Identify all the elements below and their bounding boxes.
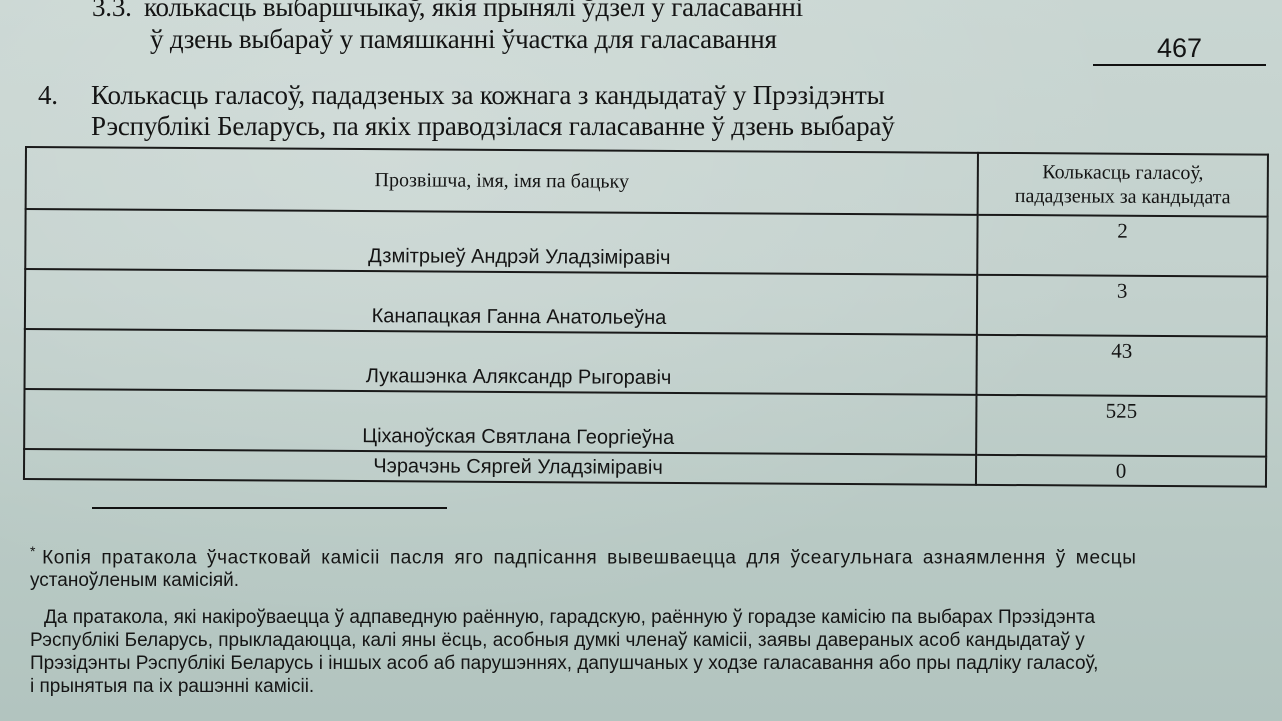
item-4-text-line1: Колькасць галасоў, пададзеных за кожнага… [91,80,885,110]
footnote-marker: * [30,543,36,559]
item-3-3-number: 3.3. [92,0,144,23]
item-3-3-text-line2: ў дзень выбараў у памяшканні ўчастка для… [92,23,803,55]
candidate-name: Дзмітрыеў Андрэй Уладзіміравіч [25,209,977,275]
header-votes: Колькасць галасоў, пададзеных за кандыда… [978,153,1268,217]
table-row: Чэрачэнь Сяргей Уладзіміравіч 0 [24,449,1266,487]
item-4-number: 4. [38,80,91,111]
footnote-2-line1: Да пратакола, які накіроўваецца ў адпаве… [30,606,1282,629]
item-3-3-value: 467 [1093,32,1266,66]
item-3-3-line1: 3.3.колькасць выбаршчыкаў, якія прынялі … [92,0,803,23]
item-3-3-text-line1: колькасць выбаршчыкаў, якія прынялі ўдзе… [144,0,803,22]
table-row: Дзмітрыеў Андрэй Уладзіміравіч 2 [25,209,1267,277]
footnote-separator [92,507,447,509]
item-4-text-line2: Рэспублікі Беларусь, па якіх праводзілас… [38,111,895,142]
candidate-votes: 3 [977,275,1267,337]
candidate-votes: 0 [976,455,1266,487]
candidate-name: Канапацкая Ганна Анатольеўна [25,269,977,335]
table-row: Ціханоўская Святлана Георгіеўна 525 [24,389,1266,457]
table-header-row: Прозвішча, імя, імя па бацьку Колькасць … [26,147,1268,217]
footnote-2-line3: Прэзідэнты Рэспублікі Беларусь і іншых а… [30,652,1282,675]
footnote-2-line2: Рэспублікі Беларусь, прыкладаюцца, калі … [30,629,1282,652]
footnote-1-text: Копія пратакола ўчастковай камісіі пасля… [42,547,1136,568]
candidate-name: Лукашэнка Аляксандр Рыгоравіч [25,329,977,395]
candidate-votes-table: Прозвішча, імя, імя па бацьку Колькасць … [23,146,1269,488]
header-candidate-name: Прозвішча, імя, імя па бацьку [26,147,978,215]
footnote-1-line2: устаноўленым камісіяй. [30,569,1282,592]
footnotes: *Копія пратакола ўчастковай камісіі пасл… [30,540,1282,698]
candidate-votes: 43 [976,335,1266,397]
footnote-2-line4: і прынятыя па іх рашэнні камісіі. [30,675,1282,698]
item-4: 4.Колькасць галасоў, пададзеных за кожна… [38,80,895,142]
header-votes-line2: пададзеных за кандыдата [979,184,1267,210]
candidate-name: Ціханоўская Святлана Георгіеўна [24,389,976,455]
footnote-1-line1: *Копія пратакола ўчастковай камісіі пасл… [30,540,1282,569]
candidate-votes: 2 [977,215,1267,277]
candidate-votes: 525 [976,395,1266,457]
table-row: Канапацкая Ганна Анатольеўна 3 [25,269,1267,337]
candidate-name: Чэрачэнь Сяргей Уладзіміравіч [24,449,976,485]
header-votes-line1: Колькасць галасоў, [979,160,1267,186]
table-row: Лукашэнка Аляксандр Рыгоравіч 43 [25,329,1267,397]
item-4-line1: 4.Колькасць галасоў, пададзеных за кожна… [38,80,895,111]
item-3-3: 3.3.колькасць выбаршчыкаў, якія прынялі … [92,0,803,55]
